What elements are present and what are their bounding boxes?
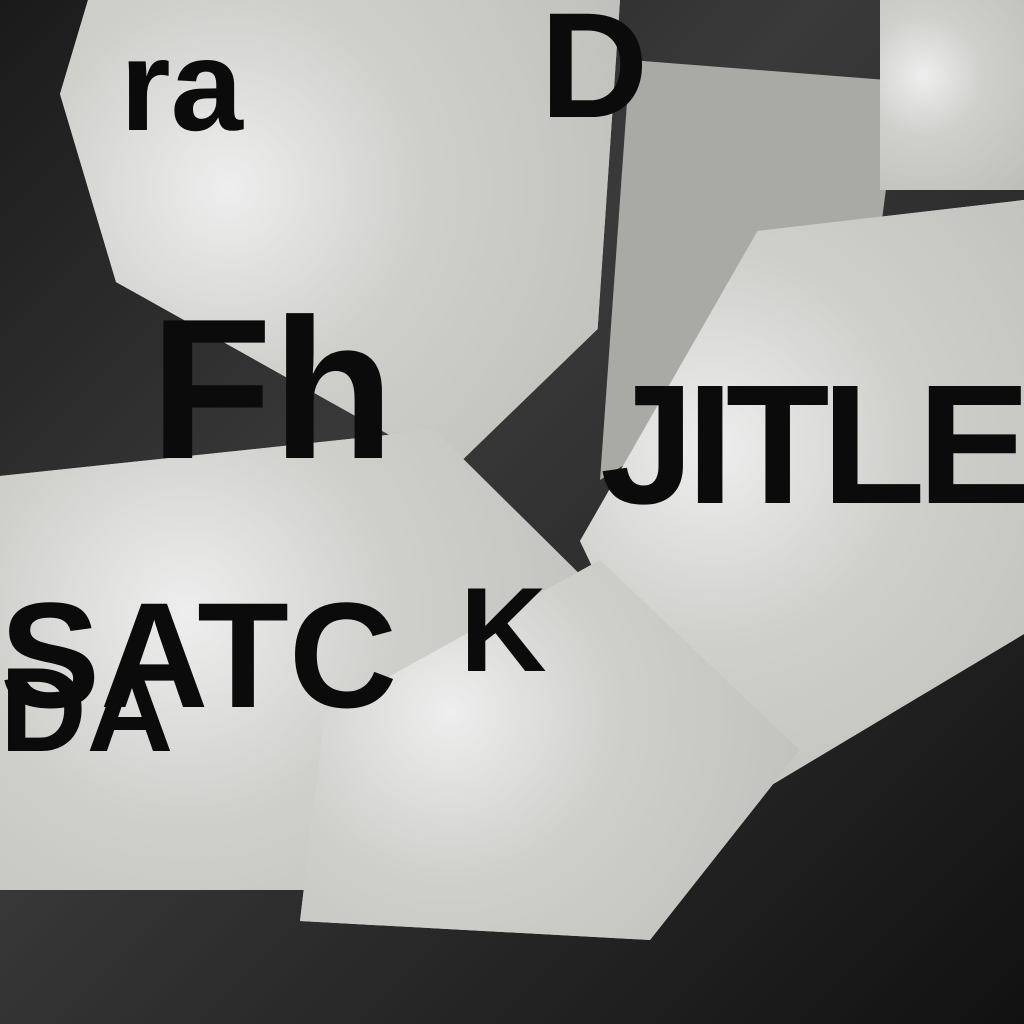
letter-fragment: JITLE [600, 360, 1023, 530]
paper-scrap [880, 0, 1024, 190]
letter-fragment: ra [120, 20, 243, 150]
poster-collage: ra D Fh JITLE SATC K DA [0, 0, 1024, 1024]
letter-fragment: K [460, 570, 547, 690]
letter-fragment: D [540, 0, 648, 140]
letter-fragment: DA [0, 650, 173, 770]
letter-fragment: Fh [150, 290, 394, 490]
